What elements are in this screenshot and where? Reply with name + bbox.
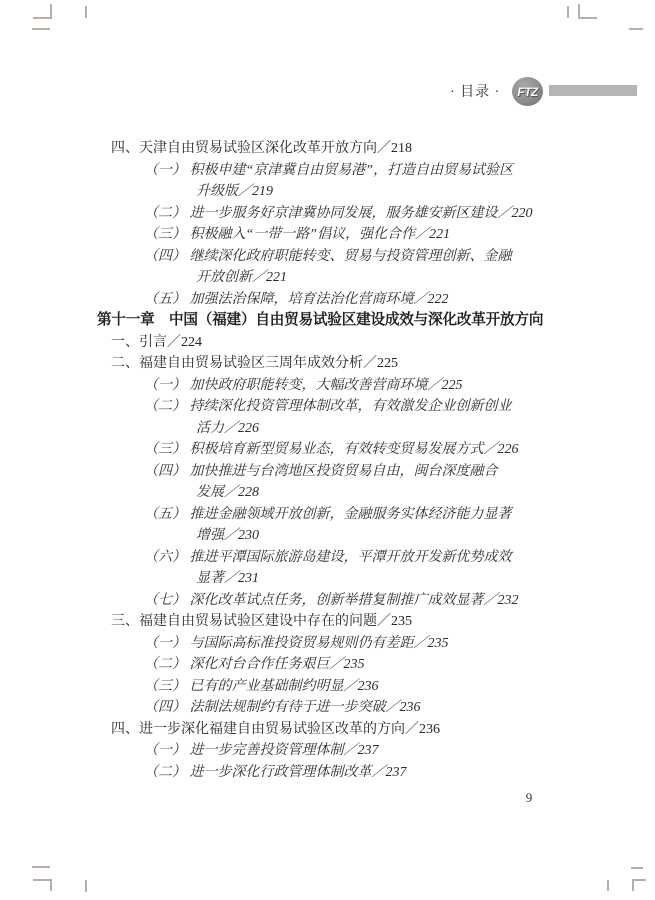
toc-entry: （五） 推进金融领域开放创新，金融服务实体经济能力显著 bbox=[0, 504, 655, 526]
toc-entry: 二、福建自由贸易试验区三周年成效分析／225 bbox=[0, 353, 655, 375]
toc-entry: （四） 继续深化政府职能转变、贸易与投资管理创新、金融 bbox=[0, 246, 655, 268]
toc-entry: 发展／228 bbox=[0, 482, 655, 504]
toc-entry: 四、天津自由贸易试验区深化改革开放方向／218 bbox=[0, 138, 655, 160]
toc-entry: （一） 与国际高标准投资贸易规则仍有差距／235 bbox=[0, 633, 655, 655]
toc-entry: （三） 积极培育新型贸易业态，有效转变贸易发展方式／226 bbox=[0, 439, 655, 461]
toc-entry: （六） 推进平潭国际旅游岛建设，平潭开放开发新优势成效 bbox=[0, 547, 655, 569]
page-number: 9 bbox=[516, 790, 542, 806]
crop-mark-top-left-vtick bbox=[85, 6, 87, 18]
toc-entry: （一） 积极申建“京津冀自由贸易港”，打造自由贸易试验区 bbox=[0, 160, 655, 182]
toc-entry: （二） 持续深化投资管理体制改革，有效激发企业创新创业 bbox=[0, 396, 655, 418]
toc-entry: （二） 进一步深化行政管理体制改革／237 bbox=[0, 762, 655, 784]
toc-entry: （二） 进一步服务好京津冀协同发展，服务雄安新区建设／220 bbox=[0, 203, 655, 225]
toc-entry: 四、进一步深化福建自由贸易试验区改革的方向／236 bbox=[0, 719, 655, 741]
toc-entry: 增强／230 bbox=[0, 525, 655, 547]
toc-entry: 活力／226 bbox=[0, 418, 655, 440]
crop-mark-bottom-left-corner bbox=[33, 879, 52, 891]
toc-entry: 显著／231 bbox=[0, 568, 655, 590]
toc-entry: （五） 加强法治保障，培育法治化营商环境／222 bbox=[0, 289, 655, 311]
toc-entry: 升级版／219 bbox=[0, 181, 655, 203]
crop-mark-bottom-left-htick bbox=[32, 866, 50, 868]
crop-mark-bottom-right-corner bbox=[632, 879, 646, 891]
crop-mark-top-left-htick bbox=[32, 28, 50, 30]
toc-entry: （四） 法制法规制约有待于进一步突破／236 bbox=[0, 697, 655, 719]
crop-mark-top-right-vtick bbox=[567, 6, 569, 18]
crop-mark-bottom-right-htick bbox=[631, 867, 643, 869]
ftz-logo-text: FTZ bbox=[517, 85, 538, 99]
toc-entry: 一、引言／224 bbox=[0, 332, 655, 354]
toc-entry: 开放创新／221 bbox=[0, 267, 655, 289]
ftz-logo-icon: FTZ bbox=[512, 77, 543, 106]
toc-entry: （二） 深化对台合作任务艰巨／235 bbox=[0, 654, 655, 676]
toc-entry: （一） 加快政府职能转变，大幅改善营商环境／225 bbox=[0, 375, 655, 397]
crop-mark-top-left-corner bbox=[33, 4, 52, 19]
toc-entry: （一） 进一步完善投资管理体制／237 bbox=[0, 740, 655, 762]
header-rule-bar bbox=[549, 85, 637, 96]
toc-entry: （三） 积极融入“一带一路”倡议，强化合作／221 bbox=[0, 224, 655, 246]
toc-list: 四、天津自由贸易试验区深化改革开放方向／218（一） 积极申建“京津冀自由贸易港… bbox=[0, 138, 655, 783]
toc-entry: （四） 加快推进与台湾地区投资贸易自由，闽台深度融合 bbox=[0, 461, 655, 483]
crop-mark-top-right-htick bbox=[629, 28, 643, 30]
crop-mark-bottom-right-vtick bbox=[607, 880, 609, 891]
crop-mark-bottom-left-vtick bbox=[85, 880, 87, 892]
page-header-title: · 目录 · bbox=[450, 81, 500, 101]
toc-entry: （七） 深化改革试点任务，创新举措复制推广成效显著／232 bbox=[0, 590, 655, 612]
toc-entry: 第十一章 中国（福建）自由贸易试验区建设成效与深化改革开放方向 bbox=[0, 310, 655, 332]
crop-mark-top-right-corner bbox=[578, 4, 597, 19]
toc-entry: （三） 已有的产业基础制约明显／236 bbox=[0, 676, 655, 698]
toc-entry: 三、福建自由贸易试验区建设中存在的问题／235 bbox=[0, 611, 655, 633]
